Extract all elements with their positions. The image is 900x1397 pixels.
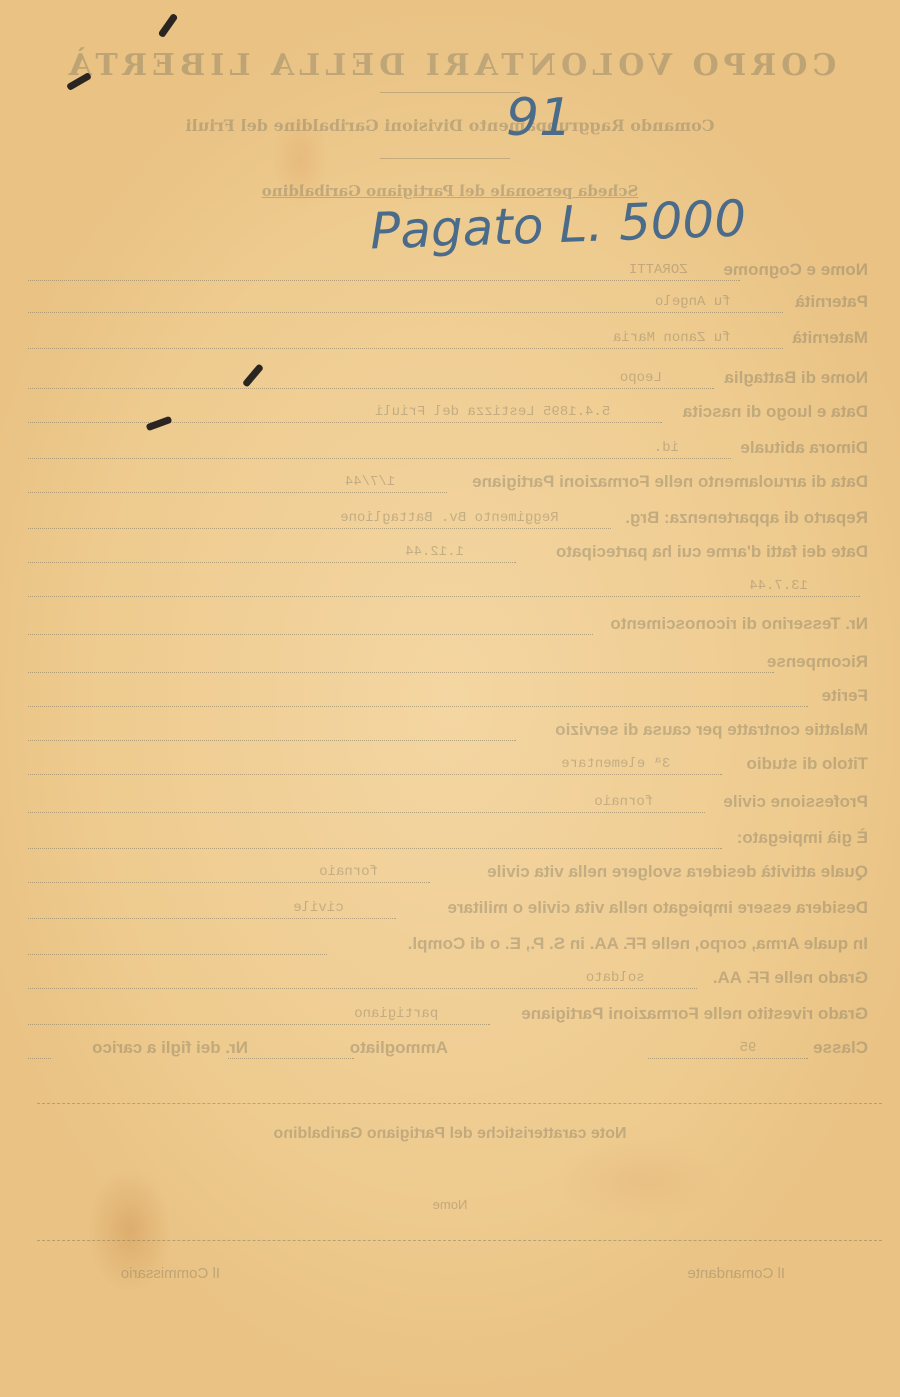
form-row: Reparto di appartenenza: Brg.Reggimento … bbox=[28, 502, 868, 532]
form-section: Scheda personale del Partigiano Garibald… bbox=[0, 182, 900, 200]
form-value: fu Zanon Maria bbox=[613, 330, 731, 346]
form-dotted-line bbox=[28, 740, 516, 741]
form-dotted-line bbox=[28, 1058, 51, 1059]
form-dotted-line bbox=[28, 988, 697, 989]
form-row: Ammogliato bbox=[228, 1032, 448, 1062]
form-dotted-line bbox=[28, 954, 327, 955]
form-row: Nome di BattagliaLeopo bbox=[28, 362, 868, 392]
form-row: Date dei fatti d'arme cui ha partecipato… bbox=[28, 536, 868, 566]
form-row: Dimora abitualeid. bbox=[28, 432, 868, 462]
form-value: Reggimento Bv. Battaglione bbox=[340, 510, 558, 526]
form-value: fornaio bbox=[319, 864, 378, 880]
form-dotted-line bbox=[28, 312, 783, 313]
form-dotted-line bbox=[28, 918, 396, 919]
form-dotted-line bbox=[28, 774, 722, 775]
form-value: partigiano bbox=[354, 1006, 438, 1022]
form-dotted-line bbox=[28, 848, 722, 849]
form-label: Nr. Tesserino di riconoscimento bbox=[610, 614, 868, 634]
form-row: Classe95 bbox=[648, 1032, 868, 1062]
form-row: Grado nelle FF. AA.soldato bbox=[28, 962, 868, 992]
divider bbox=[37, 1103, 882, 1104]
form-value: 95 bbox=[740, 1040, 757, 1056]
form-label: Ricompense bbox=[767, 652, 868, 672]
form-row: Grado rivestito nelle Formazioni Partigi… bbox=[28, 998, 868, 1028]
form-label: Date dei fatti d'arme cui ha partecipato bbox=[556, 542, 868, 562]
form-value: fu Angelo bbox=[655, 294, 731, 310]
form-label: Professione civile bbox=[723, 792, 868, 812]
divider bbox=[380, 158, 510, 159]
form-row: Titolo di studio3ª elementare bbox=[28, 748, 868, 778]
form-label: Dimora abituale bbox=[740, 438, 868, 458]
form-dotted-line bbox=[28, 562, 516, 563]
divider bbox=[380, 92, 520, 93]
form-dotted-line bbox=[28, 596, 860, 597]
handwritten-number: 91 bbox=[506, 88, 572, 148]
form-label: Ammogliato bbox=[350, 1038, 448, 1058]
form-label: Nr. dei figli a carico bbox=[92, 1038, 248, 1058]
form-dotted-line bbox=[28, 706, 808, 707]
form-row: Quale attività desidera svolgere nella v… bbox=[28, 856, 868, 886]
form-value: 1/7/44 bbox=[345, 474, 395, 490]
footer-sub: Nome bbox=[0, 1197, 900, 1212]
form-value: 1.12.44 bbox=[405, 544, 464, 560]
form-dotted-line bbox=[28, 388, 714, 389]
footer-note: Note caratteristiche del Partigiano Gari… bbox=[0, 1125, 900, 1143]
form-dotted-line bbox=[28, 634, 593, 635]
signature-right: Il Commissario bbox=[121, 1265, 220, 1282]
form-label: Grado nelle FF. AA. bbox=[713, 968, 868, 988]
form-label: Classe bbox=[813, 1038, 868, 1058]
form-label: È già impiegato: bbox=[737, 828, 868, 848]
form-row: Nr. dei figli a carico bbox=[28, 1032, 248, 1062]
divider bbox=[37, 1240, 882, 1241]
form-value: 13.7.44 bbox=[749, 578, 808, 594]
form-label: In quale Arma, corpo, nelle FF. AA. in S… bbox=[408, 934, 868, 954]
form-subtitle: Comando Raggruppamento Divisioni Garibal… bbox=[0, 116, 900, 135]
form-dotted-line bbox=[28, 882, 430, 883]
form-row: Professione civilefornaio bbox=[28, 786, 868, 816]
form-dotted-line bbox=[28, 422, 662, 423]
form-row: Nome e CognomeZORATTI bbox=[28, 254, 868, 284]
form-dotted-line bbox=[648, 1058, 808, 1059]
form-label: Nome di Battaglia bbox=[724, 368, 868, 388]
form-dotted-line bbox=[28, 1024, 490, 1025]
form-dotted-line bbox=[28, 528, 611, 529]
form-label: Titolo di studio bbox=[747, 754, 869, 774]
form-value: 5.4.1895 Lestizza del Friuli bbox=[375, 404, 610, 420]
form-value: civile bbox=[293, 900, 343, 916]
form-row: Malattie contratte per causa di servizio bbox=[28, 714, 868, 744]
form-label: Data di arruolamento nelle Formazioni Pa… bbox=[472, 472, 868, 492]
form-value: ZORATTI bbox=[629, 262, 688, 278]
form-label: Reparto di appartenenza: Brg. bbox=[625, 508, 868, 528]
form-value: id. bbox=[654, 440, 679, 456]
form-label: Paternità bbox=[795, 292, 868, 312]
signature-left: Il Comandante bbox=[687, 1265, 785, 1282]
form-label: Data e luogo di nascita bbox=[683, 402, 868, 422]
form-label: Malattie contratte per causa di servizio bbox=[555, 720, 868, 740]
form-row: Data di arruolamento nelle Formazioni Pa… bbox=[28, 466, 868, 496]
form-value: Leopo bbox=[620, 370, 662, 386]
form-row: Nr. Tesserino di riconoscimento bbox=[28, 608, 868, 638]
form-value: 3ª elementare bbox=[561, 756, 670, 772]
form-dotted-line bbox=[28, 812, 705, 813]
form-title: CORPO VOLONTARI DELLA LIBERTÀ bbox=[0, 48, 900, 83]
form-row: 13.7.44 bbox=[28, 570, 868, 600]
form-row: Paternitàfu Angelo bbox=[28, 286, 868, 316]
form-value: soldato bbox=[586, 970, 645, 986]
form-row: Ricompense bbox=[28, 646, 868, 676]
form-dotted-line bbox=[28, 492, 447, 493]
form-row: Desidera essere impiegato nella vita civ… bbox=[28, 892, 868, 922]
form-label: Grado rivestito nelle Formazioni Partigi… bbox=[521, 1004, 868, 1024]
form-label: Desidera essere impiegato nella vita civ… bbox=[448, 898, 868, 918]
form-label: Quale attività desidera svolgere nella v… bbox=[487, 862, 868, 882]
form-label: Maternità bbox=[792, 328, 868, 348]
form-label: Nome e Cognome bbox=[723, 260, 868, 280]
form-row: Ferite bbox=[28, 680, 868, 710]
form-dotted-line bbox=[28, 672, 774, 673]
form-value: fornaio bbox=[594, 794, 653, 810]
form-label: Ferite bbox=[822, 686, 868, 706]
form-row: Maternitàfu Zanon Maria bbox=[28, 322, 868, 352]
form-dotted-line bbox=[28, 280, 740, 281]
form-row: È già impiegato: bbox=[28, 822, 868, 852]
form-dotted-line bbox=[28, 348, 783, 349]
form-row: In quale Arma, corpo, nelle FF. AA. in S… bbox=[28, 928, 868, 958]
form-dotted-line bbox=[28, 458, 731, 459]
